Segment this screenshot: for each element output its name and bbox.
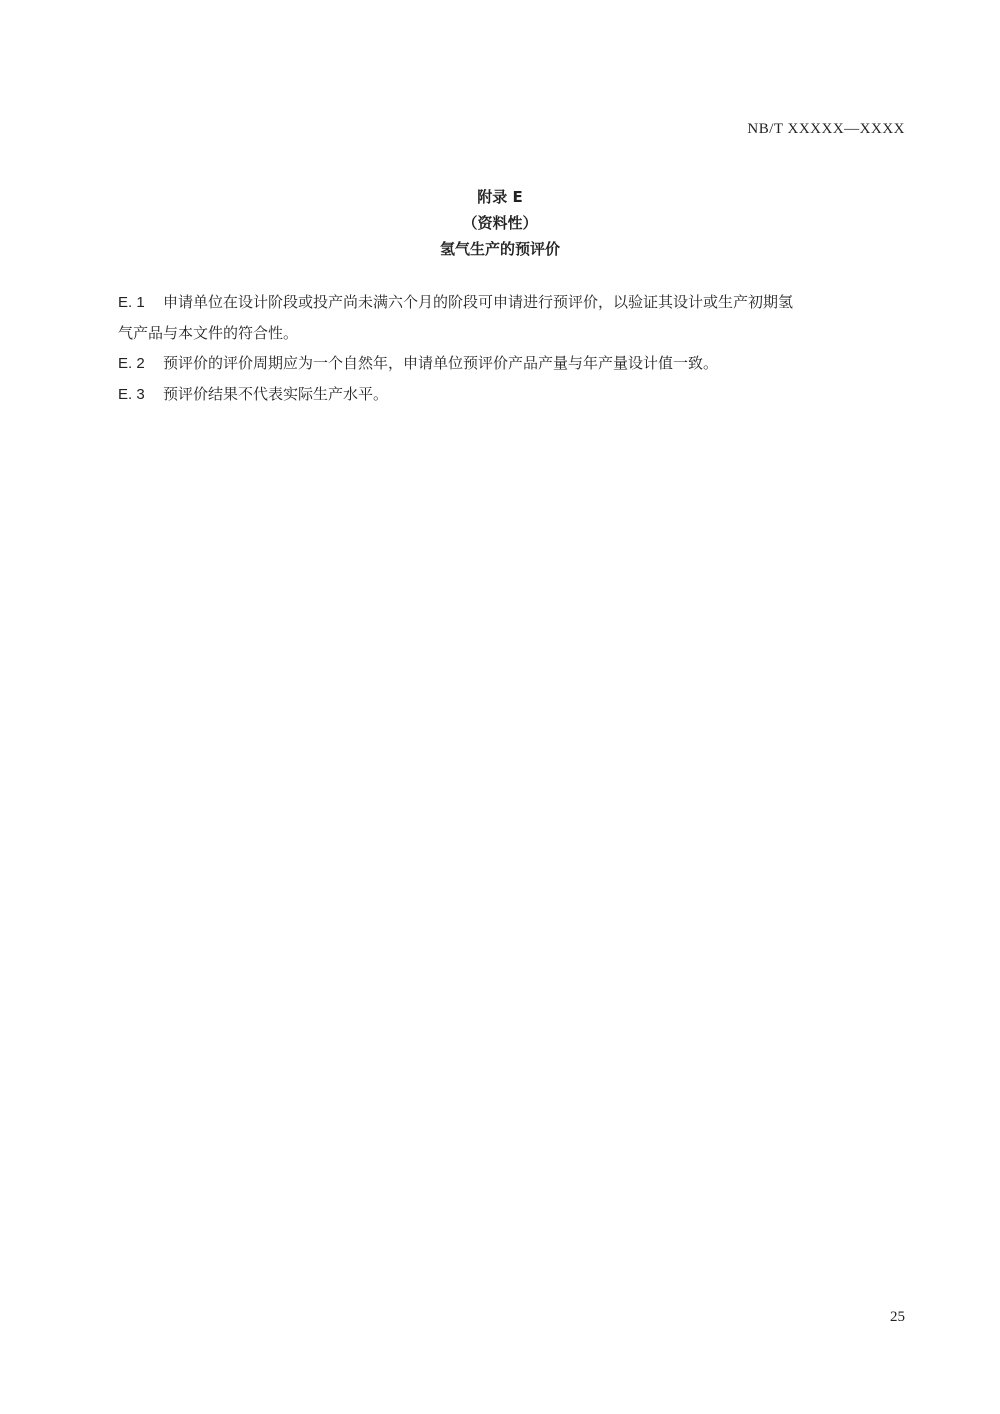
clause-number: E. 3 bbox=[118, 380, 163, 410]
clause-e3: E. 3预评价结果不代表实际生产水平。 bbox=[118, 379, 918, 410]
clause-text: 预评价结果不代表实际生产水平。 bbox=[163, 385, 388, 403]
appendix-subject: 氢气生产的预评价 bbox=[0, 236, 1000, 262]
appendix-nature: （资料性） bbox=[0, 210, 1000, 236]
appendix-title: 附录 E bbox=[0, 184, 1000, 210]
clause-text: 预评价的评价周期应为一个自然年，申请单位预评价产品产量与年产量设计值一致。 bbox=[163, 354, 718, 372]
clause-text: 申请单位在设计阶段或投产尚未满六个月的阶段可申请进行预评价，以验证其设计或生产初… bbox=[163, 293, 793, 311]
appendix-heading: 附录 E （资料性） 氢气生产的预评价 bbox=[0, 184, 1000, 262]
clause-text-continued: 气产品与本文件的符合性。 bbox=[118, 318, 918, 348]
appendix-body: E. 1申请单位在设计阶段或投产尚未满六个月的阶段可申请进行预评价，以验证其设计… bbox=[118, 287, 918, 410]
clause-e1: E. 1申请单位在设计阶段或投产尚未满六个月的阶段可申请进行预评价，以验证其设计… bbox=[118, 287, 918, 348]
clause-number: E. 2 bbox=[118, 349, 163, 379]
standard-code: NB/T XXXXX—XXXX bbox=[747, 121, 905, 138]
clause-e2: E. 2预评价的评价周期应为一个自然年，申请单位预评价产品产量与年产量设计值一致… bbox=[118, 348, 918, 379]
page-number: 25 bbox=[890, 1309, 905, 1326]
clause-number: E. 1 bbox=[118, 288, 163, 318]
